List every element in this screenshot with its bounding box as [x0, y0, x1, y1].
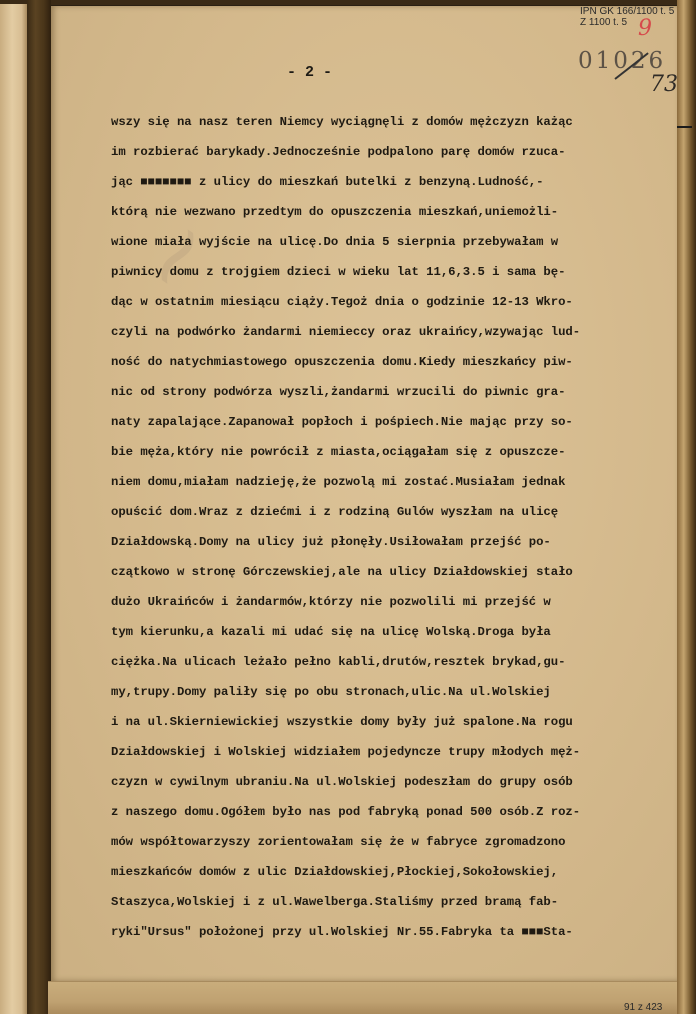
- previous-page-edge: [0, 4, 27, 1014]
- text-line: nic od strony podwórza wyszli,żandarmi w…: [111, 377, 683, 407]
- typed-text-body: wszy się na nasz teren Niemcy wyciągnęli…: [111, 107, 683, 947]
- text-line: czyli na podwórko żandarmi niemieccy ora…: [111, 317, 683, 347]
- text-line: wszy się na nasz teren Niemcy wyciągnęli…: [111, 107, 683, 137]
- text-line: czątkowo w stronę Górczewskiej,ale na ul…: [111, 557, 683, 587]
- page-number: - 2 -: [287, 64, 332, 81]
- binding-top-edge: [0, 0, 696, 5]
- text-line: i na ul.Skierniewickiej wszystkie domy b…: [111, 707, 683, 737]
- text-line: dąc w ostatnim miesiącu ciąży.Tegoż dnia…: [111, 287, 683, 317]
- text-line: my,trupy.Domy paliły się po obu stronach…: [111, 677, 683, 707]
- text-line: mieszkańców domów z ulic Działdowskiej,P…: [111, 857, 683, 887]
- page-stack-bottom: [48, 981, 678, 1014]
- document-scan: ~ IPN GK 166/1100 t. 5 Z 1100 t. 5 9 010…: [0, 0, 696, 1014]
- text-line: z naszego domu.Ogółem było nas pod fabry…: [111, 797, 683, 827]
- text-line: ryki"Ursus" położonej przy ul.Wolskiej N…: [111, 917, 683, 947]
- text-line: dużo Ukraińców i żandarmów,którzy nie po…: [111, 587, 683, 617]
- text-line: Staszyca,Wolskiej i z ul.Wawelberga.Stal…: [111, 887, 683, 917]
- archive-reference-line1: IPN GK 166/1100 t. 5: [580, 6, 674, 17]
- handwritten-folio-number: 73: [650, 72, 678, 97]
- text-line: Działdowskiej i Wolskiej widziałem pojed…: [111, 737, 683, 767]
- text-line: bie męża,który nie powrócił z miasta,oci…: [111, 437, 683, 467]
- text-line: czyzn w cywilnym ubraniu.Na ul.Wolskiej …: [111, 767, 683, 797]
- text-line: Działdowską.Domy na ulicy już płonęły.Us…: [111, 527, 683, 557]
- text-line: którą nie wezwano przedtym do opuszczeni…: [111, 197, 683, 227]
- archive-reference-line2: Z 1100 t. 5: [580, 17, 674, 28]
- text-line: ność do natychmiastowego opuszczenia dom…: [111, 347, 683, 377]
- text-line: opuścić dom.Wraz z dziećmi i z rodziną G…: [111, 497, 683, 527]
- book-gutter: [27, 0, 51, 1014]
- text-line: jąc ■■■■■■■ z ulicy do mieszkań butelki …: [111, 167, 683, 197]
- text-line: piwnicy domu z trojgiem dzieci w wieku l…: [111, 257, 683, 287]
- stamped-number: 01026: [578, 48, 666, 74]
- text-line: ciężka.Na ulicach leżało pełno kabli,dru…: [111, 647, 683, 677]
- text-line: tym kierunku,a kazali mi udać się na uli…: [111, 617, 683, 647]
- text-line: naty zapalające.Zapanował popłoch i pośp…: [111, 407, 683, 437]
- text-line: im rozbierać barykady.Jednocześnie podpa…: [111, 137, 683, 167]
- text-line: mów współtowarzyszy zorientowałam się że…: [111, 827, 683, 857]
- archive-reference: IPN GK 166/1100 t. 5 Z 1100 t. 5: [580, 6, 674, 28]
- image-counter: 91 z 423: [624, 1002, 662, 1013]
- text-line: niem domu,miałam nadzieję,że pozwolą mi …: [111, 467, 683, 497]
- text-line: wione miała wyjście na ulicę.Do dnia 5 s…: [111, 227, 683, 257]
- red-folio-number: 9: [638, 16, 652, 41]
